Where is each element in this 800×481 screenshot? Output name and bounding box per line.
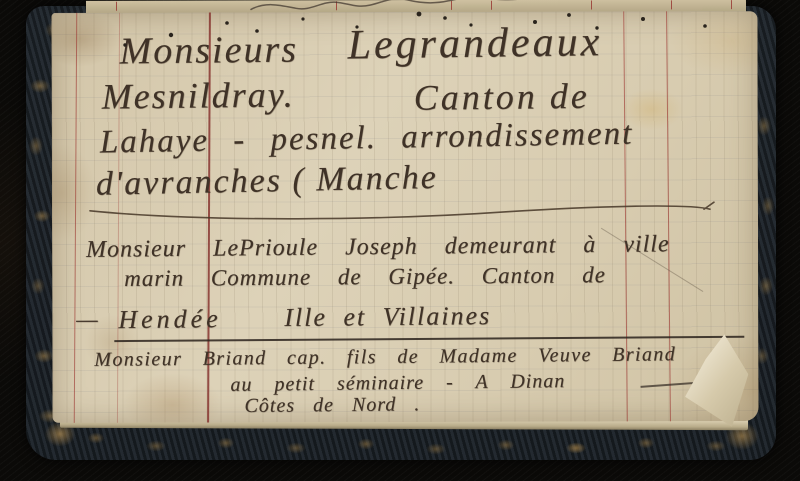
red-rule-line [74, 11, 78, 423]
handwriting-line: Mesnildray. [101, 73, 294, 117]
handwriting-line: marin Commune de Gipée. Canton de [124, 262, 606, 292]
red-rule-tick [731, 0, 732, 9]
flourish-underline [88, 199, 728, 225]
handwriting-line: Legrandeaux [347, 18, 602, 69]
notebook-page: Monsieurs Legrandeaux Mesnildray. Canton… [51, 11, 758, 423]
notebook-photo: Monsieurs Legrandeaux Mesnildray. Canton… [0, 0, 800, 481]
red-rule-tick [671, 0, 672, 9]
ink-specks [0, 0, 2, 2]
handwriting-line: Côtes de Nord . [244, 393, 420, 418]
red-rule-tick [116, 2, 117, 11]
handwriting-line: Monsieur Briand cap. fils de Madame Veuv… [94, 343, 676, 372]
handwriting-line: Monsieur LePrioule Joseph demeurant à vi… [86, 231, 670, 264]
page-edge-writing-fragment [246, 0, 546, 12]
red-rule-tick [591, 1, 592, 10]
handwriting-line: Lahaye - pesnel. arrondissement [100, 116, 634, 162]
handwriting-line: Canton de [413, 75, 589, 119]
handwriting-dash: — [76, 307, 97, 334]
handwriting-line: Ille et Villaines [284, 301, 491, 333]
handwriting-line: d'avranches ( Manche [96, 159, 439, 204]
handwriting-line: Monsieurs [119, 28, 298, 74]
handwriting-line: Hendée [118, 304, 222, 335]
